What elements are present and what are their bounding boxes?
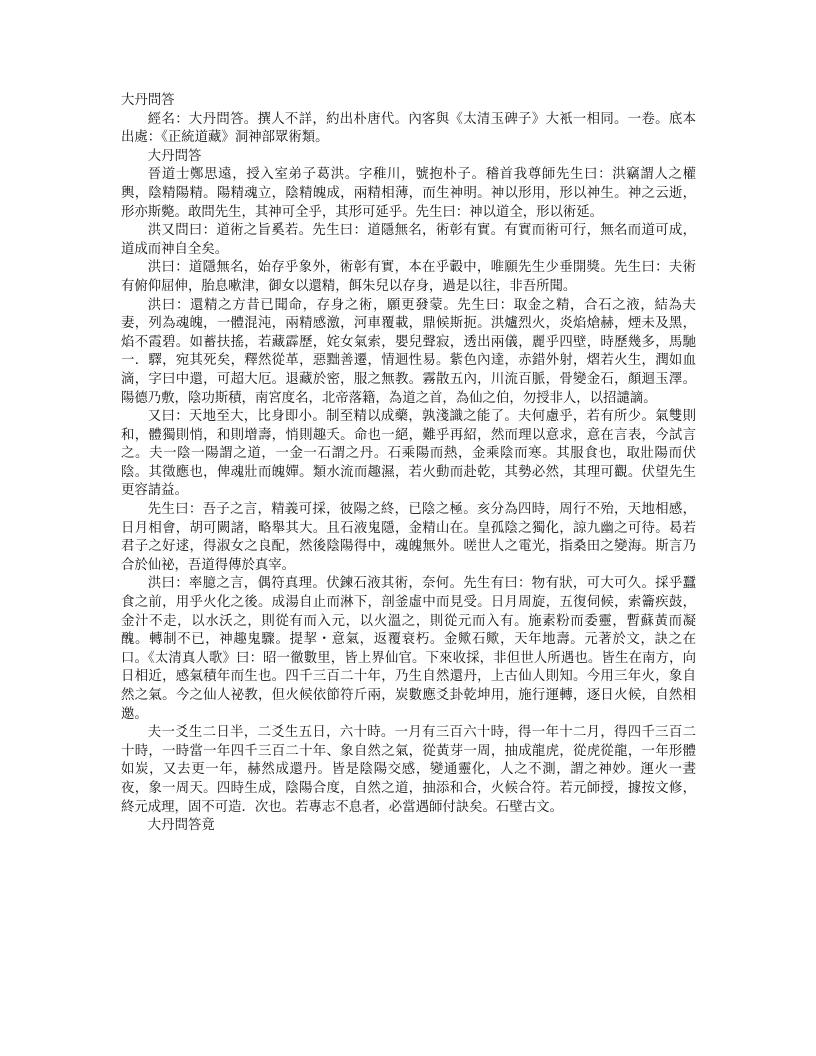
paragraph-body: 晉道士鄭思遠，授入室弟子葛洪。字稚川，號抱朴子。稽首我尊師先生曰：洪竊謂人之權輿…: [121, 166, 696, 222]
document-header-title: 大丹問答: [121, 92, 696, 111]
paragraph-scripture-info: 經名：大丹問答。撰人不詳，約出朴唐代。內客與《太清玉碑子》大衹一相同。一卷。底本…: [121, 111, 696, 148]
document-page: 大丹問答 經名：大丹問答。撰人不詳，約出朴唐代。內客與《太清玉碑子》大衹一相同。…: [121, 92, 696, 836]
paragraph-body: 洪又問曰：道術之旨奚若。先生曰：道隱無名，術彰有實。有實而術可行，無名而道可成，…: [121, 222, 696, 259]
paragraph-body: 洪曰：道隱無名，始存乎象外，術彰有實，本在乎轂中，唯願先生少垂開獎。先生曰：夫術…: [121, 259, 696, 296]
paragraph-body: 洪曰：還精之方昔已聞命，存身之術，願更發蒙。先生曰：取金之精，合石之液，結為夫妻…: [121, 297, 696, 409]
paragraph-body: 又曰：天地至大，比身即小。制至精以成藥，孰淺識之能了。夫何慮乎，若有所少。氣雙則…: [121, 408, 696, 501]
paragraph-body: 洪曰：率臆之言，偶符真理。伏鍊石液其術，奈何。先生有曰：物有狀，可大可久。採乎蠶…: [121, 575, 696, 724]
paragraph-body: 夫一爻生二日半，二爻生五日，六十時。一月有三百六十時，得一年十二月，得四千三百二…: [121, 724, 696, 817]
paragraph-body: 先生曰：吾子之言，精義可採，彼陽之終，已陰之極。亥分為四時，周行不殆，天地相感，…: [121, 501, 696, 575]
paragraph-end-marker: 大丹問答竟: [121, 817, 696, 836]
paragraph-section-title: 大丹問答: [121, 148, 696, 167]
